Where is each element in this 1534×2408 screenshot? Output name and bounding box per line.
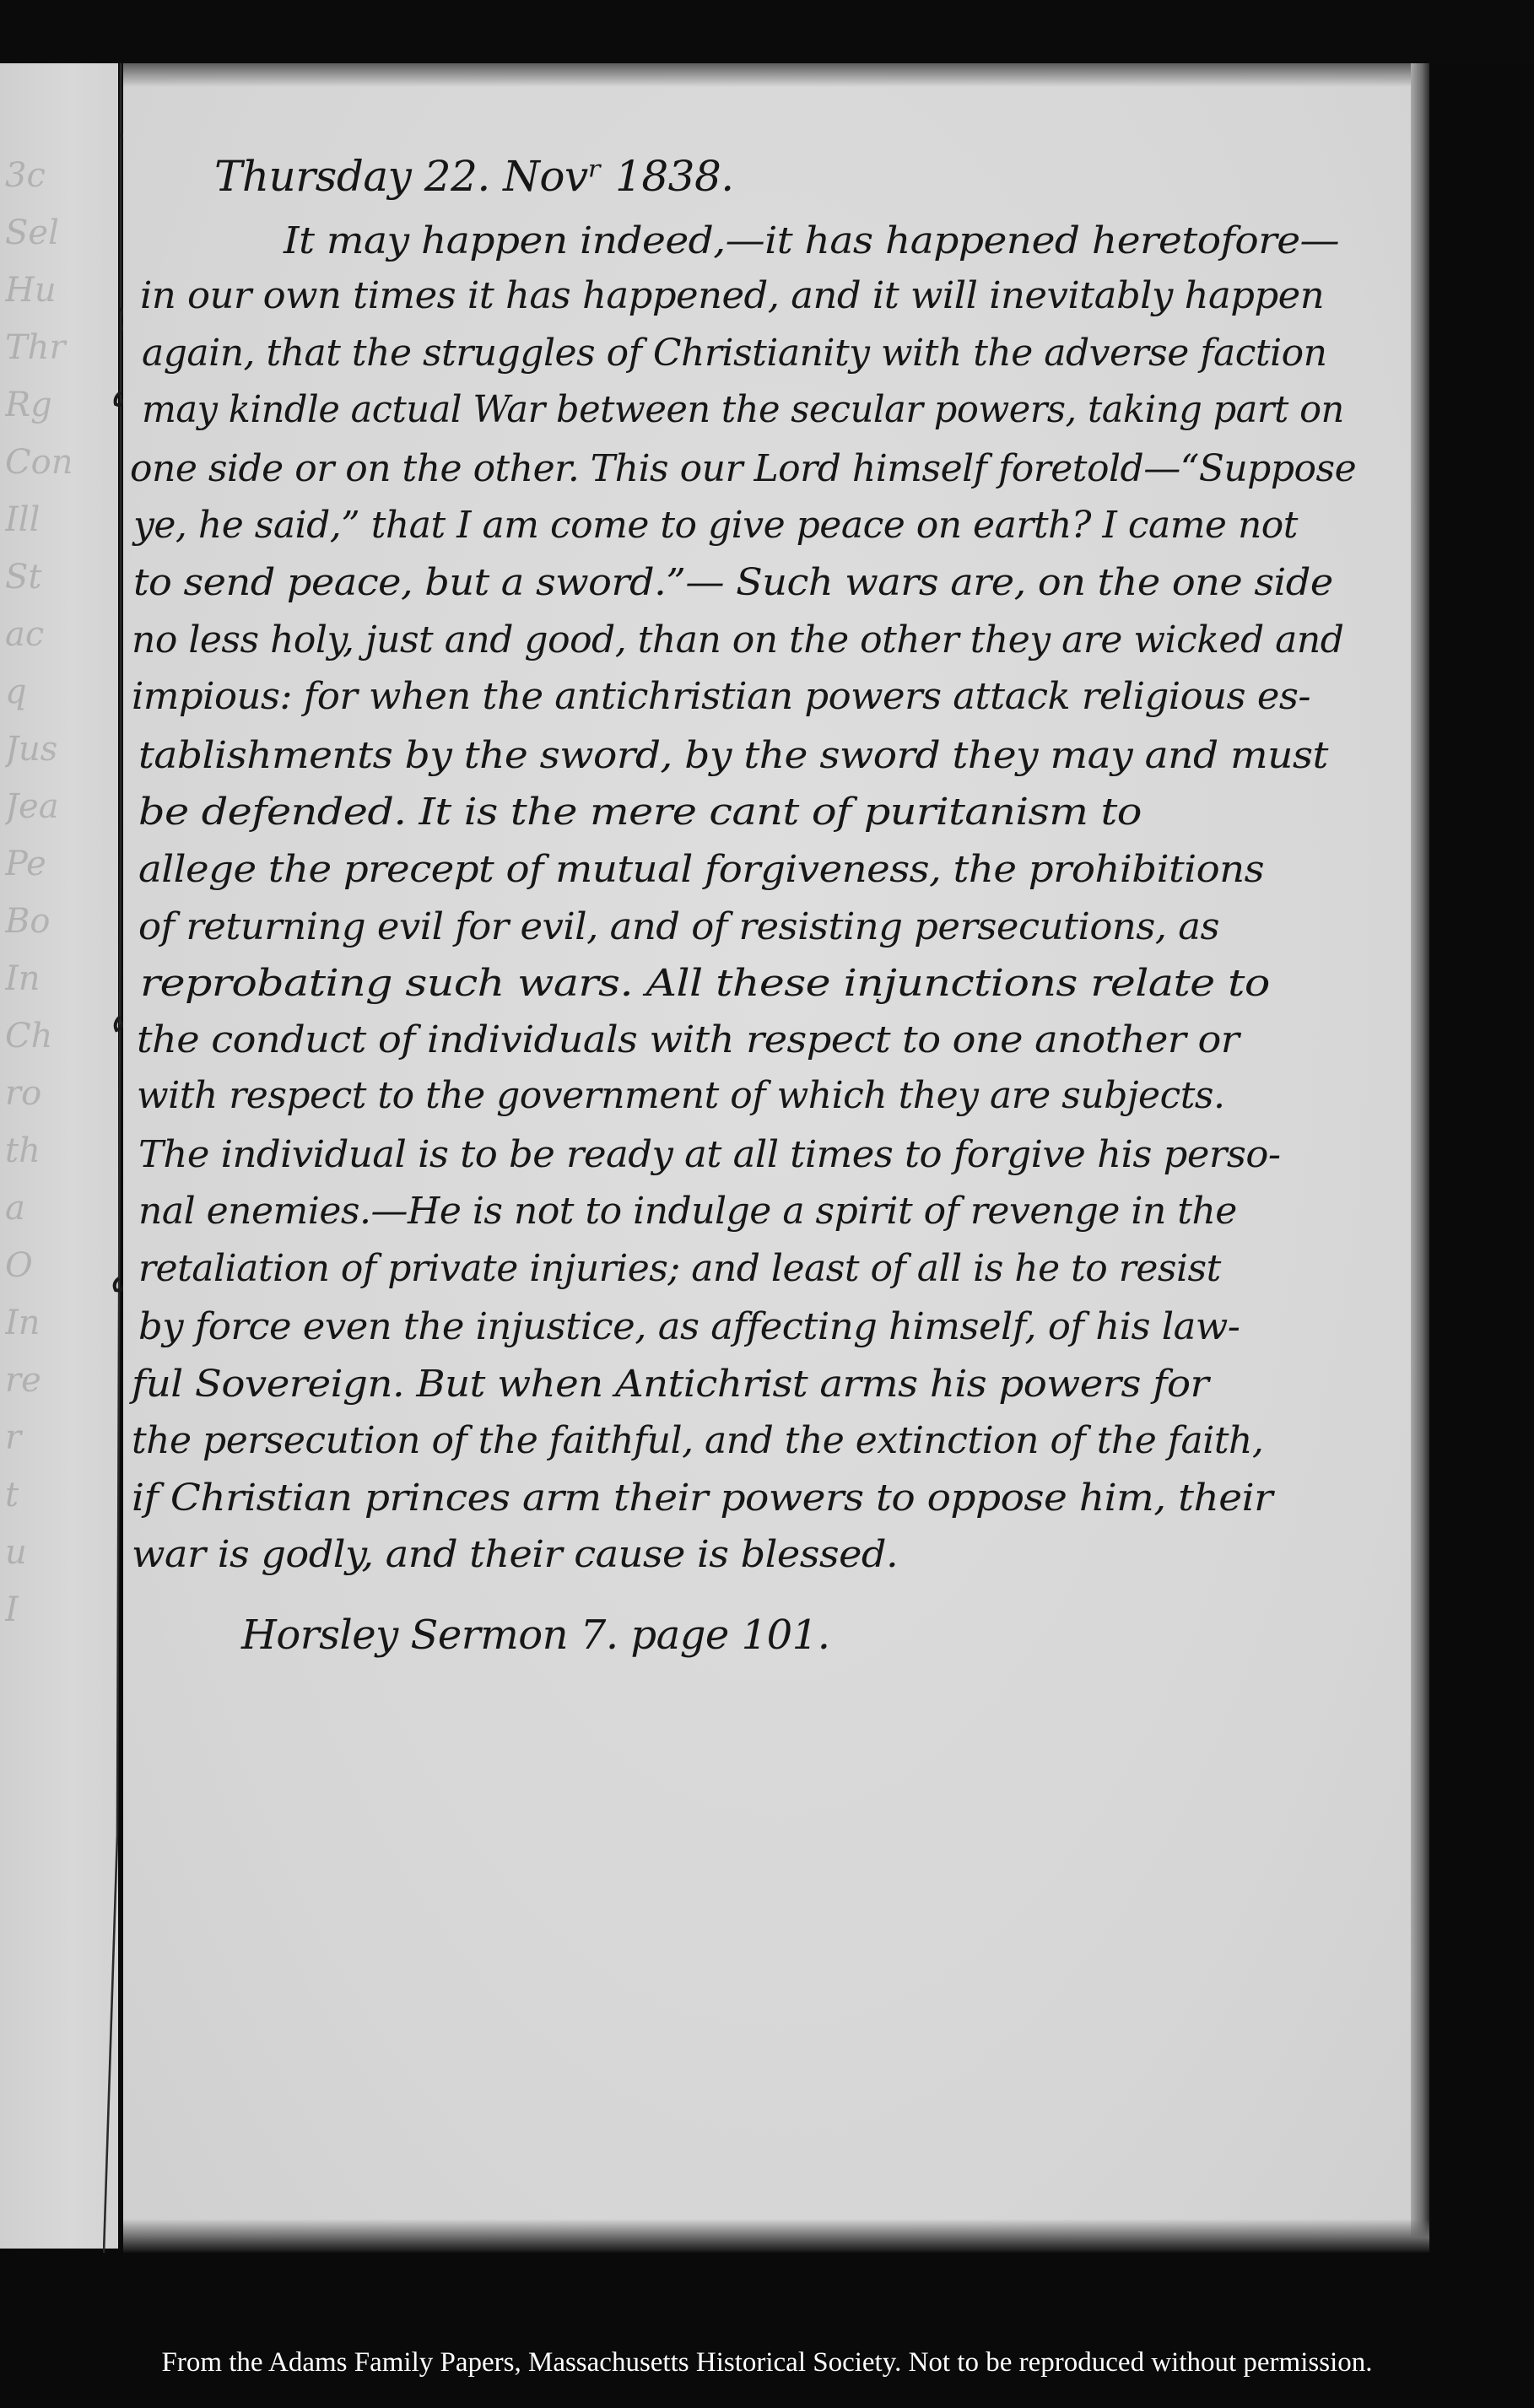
manuscript-line: nal enemies.—He is not to indulge a spir… xyxy=(138,1190,1237,1233)
facing-page-ghost-text: r xyxy=(5,1418,115,1457)
facing-page-ghost-text: Hu xyxy=(5,271,115,310)
manuscript-line: be defended. It is the mere cant of puri… xyxy=(138,791,1142,834)
facing-page-ghost-text: t xyxy=(5,1476,115,1514)
facing-page-ghost-text: th xyxy=(5,1131,115,1170)
page-edge xyxy=(1411,63,1429,2253)
archive-caption: From the Adams Family Papers, Massachuse… xyxy=(0,2347,1534,2378)
manuscript-line: of returning evil for evil, and of resis… xyxy=(138,905,1219,948)
entry-heading: Thursday 22. Novʳ 1838. xyxy=(214,152,734,201)
facing-page-ghost-text: In xyxy=(5,1304,115,1342)
manuscript-text: Thursday 22. Novʳ 1838. It may happen in… xyxy=(123,63,1429,2253)
facing-page-ghost-text: Con xyxy=(5,443,115,482)
manuscript-page: Thursday 22. Novʳ 1838. It may happen in… xyxy=(123,63,1429,2253)
facing-page-ghost-text: St xyxy=(5,558,115,597)
manuscript-line: the persecution of the faithful, and the… xyxy=(132,1419,1263,1462)
facing-page-ghost-text: Rg xyxy=(5,386,115,424)
source-attribution: Horsley Sermon 7. page 101. xyxy=(241,1612,829,1659)
facing-page-ghost-text: Thr xyxy=(5,328,115,367)
facing-page-ghost-text: ac xyxy=(5,615,115,654)
manuscript-line: by force even the injustice, as affectin… xyxy=(138,1305,1240,1348)
manuscript-line: one side or on the other. This our Lord … xyxy=(130,447,1356,490)
manuscript-line: allege the precept of mutual forgiveness… xyxy=(138,848,1264,891)
manuscript-line: the conduct of individuals with respect … xyxy=(137,1018,1239,1061)
scan-top-border xyxy=(0,0,1534,63)
facing-page: 3cSelHuThrRgConIllStacqJusJeaPeBoInChrot… xyxy=(0,63,118,2249)
manuscript-line: with respect to the government of which … xyxy=(137,1074,1224,1117)
manuscript-line: ful Sovereign. But when Antichrist arms … xyxy=(132,1363,1208,1406)
facing-page-ghost-text: Ill xyxy=(5,500,115,539)
facing-page-ghost-text: Pe xyxy=(5,845,115,883)
facing-page-ghost-text: Jea xyxy=(5,787,115,826)
margin-rule-line xyxy=(103,63,123,2253)
manuscript-line: if Christian princes arm their powers to… xyxy=(132,1477,1272,1520)
page-bottom-shadow xyxy=(123,2219,1429,2253)
manuscript-line: may kindle actual War between the secula… xyxy=(142,388,1344,431)
facing-page-ghost-text: 3c xyxy=(5,156,115,195)
manuscript-line: reprobating such wars. All these injunct… xyxy=(140,962,1270,1005)
facing-page-ghost-text: I xyxy=(5,1590,115,1629)
manuscript-line: tablishments by the sword, by the sword … xyxy=(138,734,1328,777)
facing-page-ghost-text: u xyxy=(5,1533,115,1572)
facing-page-ghost-text: q xyxy=(5,672,115,711)
manuscript-line: impious: for when the antichristian powe… xyxy=(132,675,1310,718)
manuscript-line: in our own times it has happened, and it… xyxy=(140,274,1324,317)
manuscript-line: war is godly, and their cause is blessed… xyxy=(132,1533,898,1576)
facing-page-ghost-text: a xyxy=(5,1189,115,1228)
facing-page-ghost-text: Jus xyxy=(5,730,115,769)
manuscript-line: It may happen indeed,—it has happened he… xyxy=(284,219,1339,262)
facing-page-ghost-text: In xyxy=(5,959,115,998)
facing-page-ghost-text: ro xyxy=(5,1074,115,1113)
facing-page-ghost-text: Bo xyxy=(5,902,115,941)
manuscript-line: retaliation of private injuries; and lea… xyxy=(138,1247,1221,1290)
facing-page-ghost-text: O xyxy=(5,1246,115,1285)
facing-page-ghost-text: re xyxy=(5,1361,115,1400)
manuscript-line: The individual is to be ready at all tim… xyxy=(138,1133,1281,1176)
manuscript-line: again, that the struggles of Christianit… xyxy=(142,332,1326,375)
facing-page-ghost-text: Sel xyxy=(5,213,115,252)
manuscript-line: ye, he said,” that I am come to give pea… xyxy=(133,504,1298,547)
facing-page-ghost-text: Ch xyxy=(5,1017,115,1056)
manuscript-line: to send peace, but a sword.”— Such wars … xyxy=(133,561,1333,604)
manuscript-line: no less holy, just and good, than on the… xyxy=(132,618,1343,661)
